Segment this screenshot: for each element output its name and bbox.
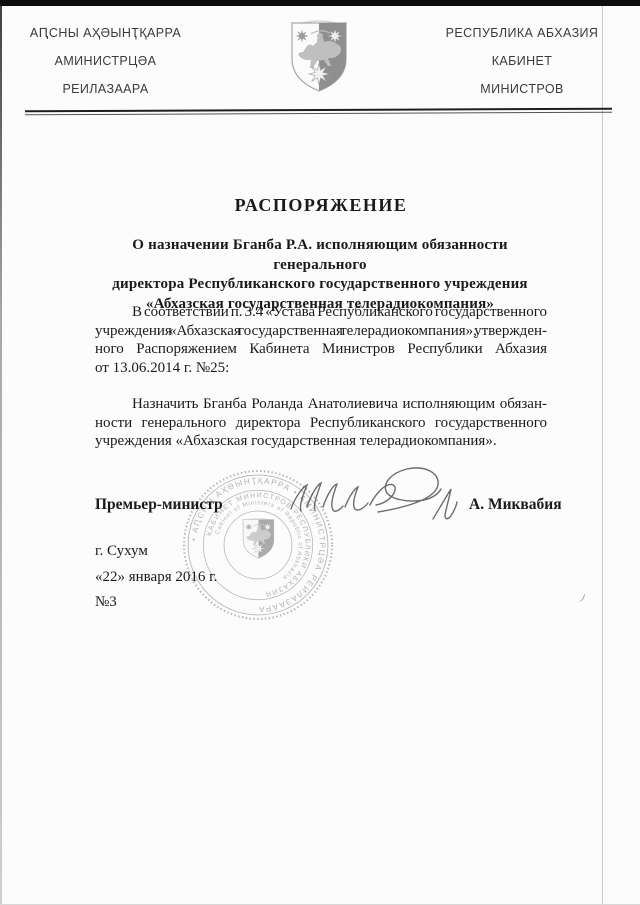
paragraph-1-line-1: В соответствии п. 3.4 «Устава Республика…: [95, 303, 547, 322]
letterhead-russian-line-1: РЕСПУБЛИКА АБХАЗИЯ: [438, 19, 606, 47]
paragraph-1-line-2: учреждения «Абхазская государственная те…: [95, 322, 547, 341]
paragraph-2-line-1: Назначить Бганба Роланда Анатолиевича ис…: [95, 395, 547, 414]
letterhead-russian-line-3: МИНИСТРОВ: [438, 75, 606, 103]
scanned-document-page: АԤСНЫ АҲӘЫНҬҚАРРА АМИНИСТРЦӘА РЕИЛАЗААРА…: [0, 0, 640, 905]
letterhead-russian-line-2: КАБИНЕТ: [438, 47, 606, 75]
subject-line-2: директора Республиканского государственн…: [85, 275, 555, 295]
letterhead-abkhaz: АԤСНЫ АҲӘЫНҬҚАРРА АМИНИСТРЦӘА РЕИЛАЗААРА: [28, 19, 183, 103]
signatory-name: А. Миквабия: [469, 496, 562, 514]
body-paragraph-1: В соответствии п. 3.4 «Устава Республика…: [95, 303, 547, 377]
coat-of-arms-svg: [287, 16, 351, 94]
letterhead-abkhaz-line-3: РЕИЛАЗААРА: [28, 75, 183, 103]
document-title: РАСПОРЯЖЕНИЕ: [95, 195, 547, 216]
scan-artifact-mark: [575, 592, 585, 603]
letterhead-russian: РЕСПУБЛИКА АБХАЗИЯ КАБИНЕТ МИНИСТРОВ: [438, 19, 606, 103]
body-paragraph-2: Назначить Бганба Роланда Анатолиевича ис…: [95, 395, 547, 451]
letterhead-divider: [25, 108, 612, 116]
scan-edge-top: [0, 0, 640, 6]
subject-line-1: О назначении Бганба Р.А. исполняющим обя…: [85, 236, 555, 275]
scan-edge-right: [602, 6, 603, 905]
seal-center-emblem: [243, 518, 274, 558]
paragraph-2-line-3: учреждения «Абхазская государственная те…: [95, 432, 547, 451]
paragraph-1-line-4: от 13.06.2014 г. №25:: [95, 359, 547, 378]
paragraph-2-line-2: ности генерального директора Республикан…: [95, 414, 547, 433]
handwritten-signature: [283, 457, 467, 529]
coat-of-arms-icon: [287, 16, 351, 94]
paragraph-1-line-3: ного Распоряжением Кабинета Министров Ре…: [95, 340, 547, 359]
letterhead-abkhaz-line-2: АМИНИСТРЦӘА: [28, 47, 183, 75]
letterhead-abkhaz-line-1: АԤСНЫ АҲӘЫНҬҚАРРА: [28, 19, 183, 47]
scan-edge-left: [0, 6, 2, 905]
